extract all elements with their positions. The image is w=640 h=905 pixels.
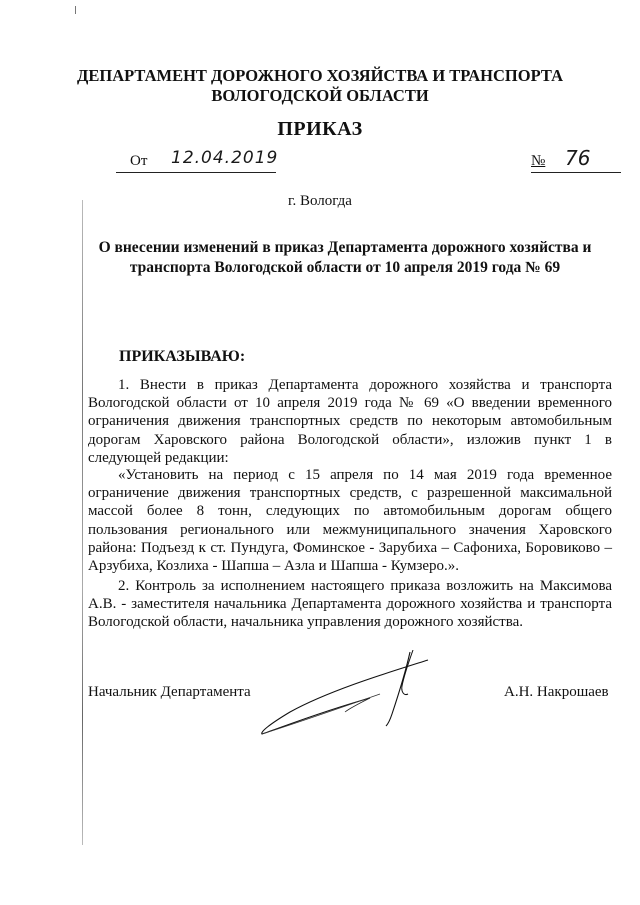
signatory-position: Начальник Департамента xyxy=(88,684,251,701)
date-field: От 12.04.2019 xyxy=(116,150,276,173)
paragraph-quote: «Установить на период с 15 апреля по 14 … xyxy=(88,466,612,575)
date-label: От xyxy=(130,153,147,170)
department-header-line2: ВОЛОГОДСКОЙ ОБЛАСТИ xyxy=(0,86,640,106)
order-directive: ПРИКАЗЫВАЮ: xyxy=(119,348,245,366)
department-header-line1: ДЕПАРТАМЕНТ ДОРОЖНОГО ХОЗЯЙСТВА И ТРАНСП… xyxy=(0,66,640,86)
number-value: 76 xyxy=(565,146,590,170)
paragraph-1: 1. Внести в приказ Департамента дорожног… xyxy=(88,376,612,467)
document-type-title: ПРИКАЗ xyxy=(0,118,640,141)
city-label: г. Вологда xyxy=(0,193,640,210)
subject-line2: транспорта Вологодской области от 10 апр… xyxy=(90,258,600,278)
subject-line1: О внесении изменений в приказ Департамен… xyxy=(90,238,600,258)
handwritten-signature-icon xyxy=(250,650,450,750)
paragraph-text: «Установить на период с 15 апреля по 14 … xyxy=(88,466,612,575)
scan-artifact-top xyxy=(75,6,76,14)
signatory-name: А.Н. Накрошаев xyxy=(504,684,609,701)
paragraph-text: 2. Контроль за исполнением настоящего пр… xyxy=(88,577,612,632)
scan-artifact-line xyxy=(82,200,83,845)
date-value: 12.04.2019 xyxy=(171,148,278,168)
order-subject: О внесении изменений в приказ Департамен… xyxy=(90,238,600,278)
paragraph-text: 1. Внести в приказ Департамента дорожног… xyxy=(88,376,612,467)
number-label: № xyxy=(531,153,545,170)
paragraph-2: 2. Контроль за исполнением настоящего пр… xyxy=(88,577,612,632)
number-field: № 76 xyxy=(531,150,621,173)
